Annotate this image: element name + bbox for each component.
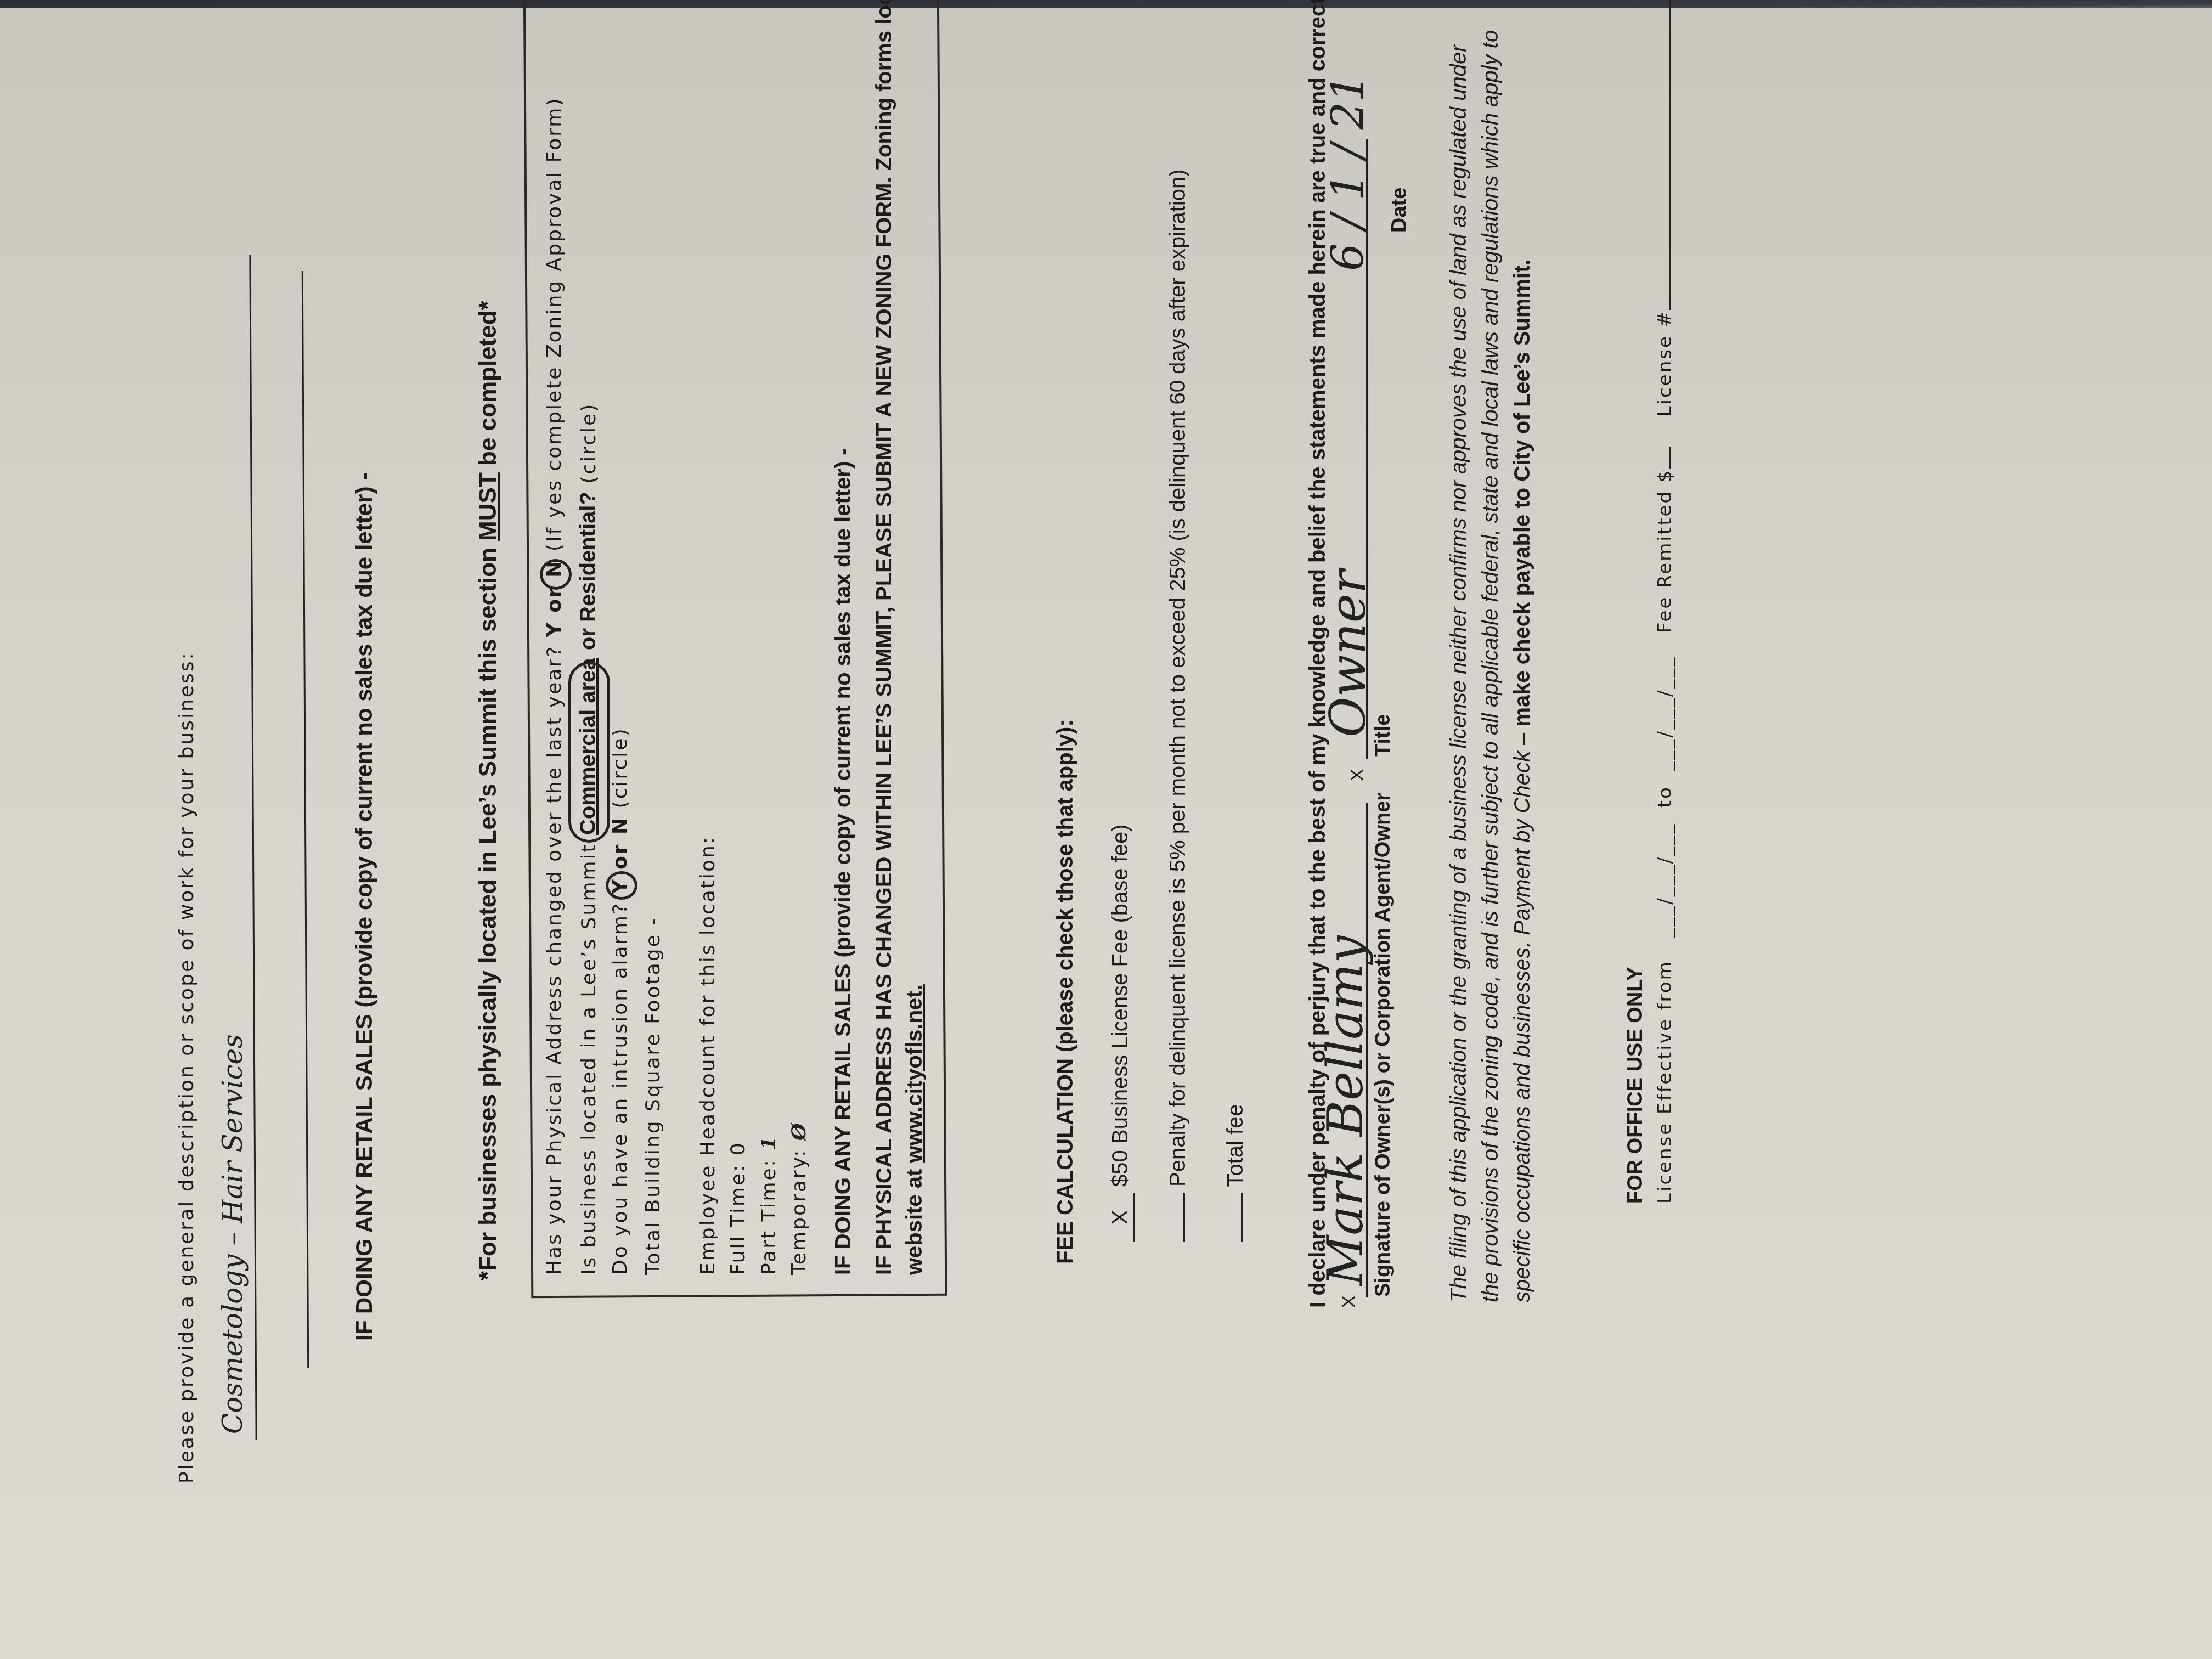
full-time-value[interactable]: 0 <box>727 1141 749 1155</box>
selected-commercial-circle <box>568 662 610 843</box>
effective-from-label: License Effective from <box>1654 960 1676 1204</box>
zoning-notice-line1: IF PHYSICAL ADDRESS HAS CHANGED WITHIN L… <box>872 0 897 1275</box>
date-label: Date <box>1388 188 1412 233</box>
part-time-value[interactable]: 1 <box>757 1135 780 1150</box>
headcount-label: Employee Headcount for this location: <box>697 836 719 1275</box>
fee-item-label: Penalty for delinquent license is 5% per… <box>1166 169 1190 1186</box>
zoning-note: (If yes complete Zoning Approval Form) <box>543 97 566 552</box>
part-time-label: Part Time: <box>758 1158 780 1275</box>
address-changed-options[interactable]: Y or N <box>543 560 566 637</box>
location-section-heading: *For businesses physically located in Le… <box>475 301 502 1280</box>
title-value[interactable]: Owner <box>1319 570 1377 737</box>
fee-item-penalty[interactable]: Penalty for delinquent license is 5% per… <box>1166 169 1190 1242</box>
square-footage-label: Total Building Square Footage - <box>642 917 664 1275</box>
selected-n-circle <box>540 559 572 590</box>
description-line-2 <box>302 271 309 1368</box>
office-use-heading: FOR OFFICE USE ONLY <box>1624 967 1647 1204</box>
full-time-row: Full Time: 0 <box>727 1141 749 1275</box>
description-line-1 <box>249 255 257 1440</box>
circle-note: (circle) <box>578 403 600 484</box>
selected-y-circle <box>606 871 637 900</box>
title-x: X <box>1347 769 1368 781</box>
heading-must: MUST <box>475 472 501 541</box>
full-time-label: Full Time: <box>727 1164 749 1275</box>
retail-notice-inner: IF DOING ANY RETAIL SALES (provide copy … <box>831 448 856 1275</box>
temporary-label: Temporary: <box>788 1149 810 1275</box>
location-label: Is business located in a Lee’s Summit <box>578 843 600 1275</box>
zoning-notice-line2: website at www.cityofls.net. <box>902 984 927 1275</box>
location-type-question: Is business located in a Lee’s Summit Co… <box>576 403 601 1275</box>
address-changed-label: Has your Physical Address changed over t… <box>543 645 566 1275</box>
payable-note: make check payable to City of Lee’s Summ… <box>1510 259 1534 726</box>
fee-remitted-label: Fee Remitted $ <box>1654 469 1676 634</box>
fee-item-base[interactable]: X $50 Business License Fee (base fee) <box>1108 824 1135 1242</box>
disclaimer-line-2: the provisions of the zoning code, and i… <box>1475 30 1506 1302</box>
residential-option[interactable]: or Residential? <box>576 492 600 650</box>
office-use-row: License Effective from ___/___/___ to __… <box>1654 0 1676 1204</box>
retail-sales-notice: IF DOING ANY RETAIL SALES (provide copy … <box>351 472 377 1341</box>
title-line <box>1366 276 1368 759</box>
fee-item-total[interactable]: Total fee <box>1223 1104 1248 1242</box>
disclaimer-line-1: The filing of this application or the gr… <box>1443 30 1475 1302</box>
signature-x: X <box>1339 1295 1360 1308</box>
heading-suffix: be completed* <box>475 301 501 472</box>
alarm-options[interactable]: Y or N <box>609 816 631 894</box>
fee-item-label: $50 Business License Fee (base fee) <box>1108 824 1132 1186</box>
fee-remitted-field[interactable] <box>1669 447 1671 469</box>
title-label: Title <box>1372 714 1395 757</box>
website-link[interactable]: www.cityofls.net. <box>902 984 927 1163</box>
signature-label: Signature of Owner(s) or Corporation Age… <box>1372 793 1395 1297</box>
part-time-row: Part Time: 1 <box>757 1135 780 1275</box>
effective-to-date[interactable]: ___/___/___ <box>1654 656 1676 771</box>
disclaimer: The filing of this application or the gr… <box>1443 30 1538 1302</box>
fee-check-mark[interactable]: X <box>1108 1193 1135 1242</box>
license-number-field[interactable] <box>1669 0 1671 310</box>
alarm-label: Do you have an intrusion alarm? <box>609 902 631 1275</box>
date-line <box>1366 139 1368 276</box>
effective-from-date[interactable]: ___/___/___ <box>1654 823 1676 938</box>
heading-prefix: *For businesses physically located in Le… <box>475 541 501 1280</box>
signature-line <box>1366 803 1368 1297</box>
disclaimer-line-3: specific occupations and businesses. Pay… <box>1510 727 1534 1302</box>
description-prompt: Please provide a general description or … <box>176 651 198 1483</box>
fee-item-label: Total fee <box>1223 1104 1248 1187</box>
temporary-value[interactable]: Ø <box>787 1122 810 1141</box>
commercial-area-option[interactable]: Commercial area <box>576 658 600 834</box>
description-value[interactable]: Cosmetology – Hair Services <box>217 1034 249 1434</box>
business-license-form-page: Please provide a general description or … <box>0 8 2212 1659</box>
alarm-circle-note: (circle) <box>609 727 631 809</box>
address-changed-question: Has your Physical Address changed over t… <box>543 97 566 1275</box>
fee-calculation-heading: FEE CALCULATION (please check those that… <box>1053 719 1078 1264</box>
fee-check-blank[interactable] <box>1241 1193 1243 1242</box>
license-number-label: License # <box>1654 310 1676 416</box>
alarm-question: Do you have an intrusion alarm? Y or N (… <box>609 727 631 1275</box>
to-label: to <box>1654 786 1676 808</box>
website-prefix: website at <box>902 1163 927 1275</box>
fee-check-blank[interactable] <box>1183 1193 1185 1242</box>
temporary-row: Temporary: Ø <box>787 1122 810 1275</box>
